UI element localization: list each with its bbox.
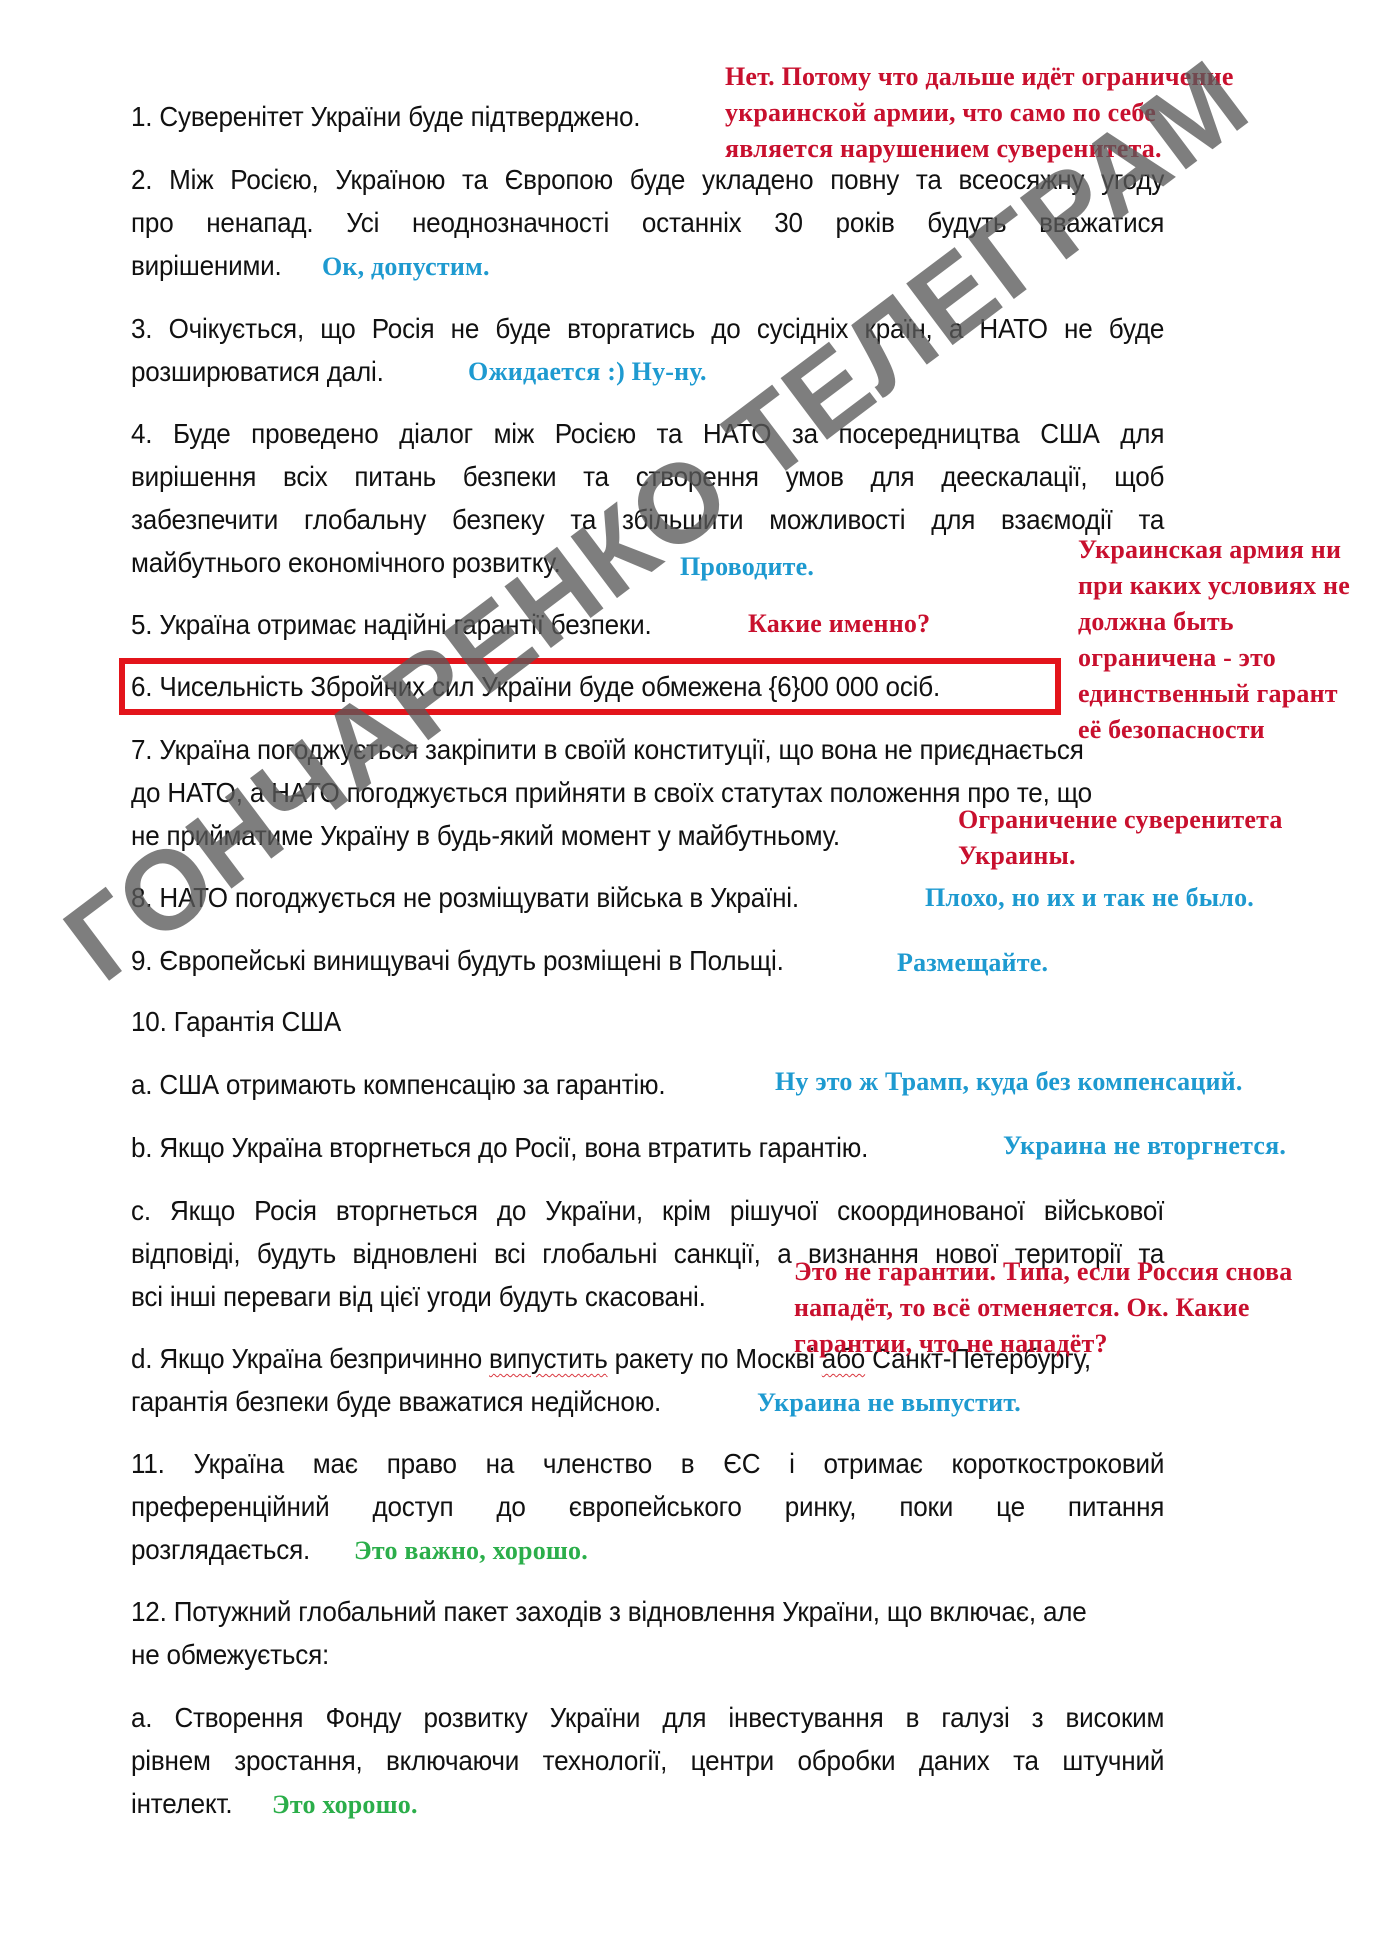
item-4-line-3: забезпечити глобальну безпеку та збільши… (131, 504, 1164, 536)
annotation-11: Это важно, хорошо. (354, 1536, 588, 1566)
annotation-4: Проводите. (680, 552, 814, 582)
item-11-line-1: 11. Україна має право на членство в ЄС і… (131, 1448, 1164, 1480)
annotation-7-line-1: Ограничение суверенитета (958, 805, 1283, 835)
item-4-line-2: вирішення всіх питань безпеки та створен… (131, 461, 1164, 493)
item-2-line-1: 2. Між Росією, Україною та Європою буде … (131, 164, 1164, 196)
annotation-6-line-4: ограничена - это (1078, 643, 1276, 673)
annotation-6-line-3: должна быть (1078, 607, 1234, 637)
item-4-line-1: 4. Буде проведено діалог між Росією та Н… (131, 418, 1164, 450)
item-11-line-2: преференційний доступ до європейського р… (131, 1491, 1164, 1523)
annotation-10d: Украина не выпустит. (757, 1388, 1021, 1418)
annotation-5: Какие именно? (748, 609, 930, 639)
spellcheck-word: випустить (489, 1343, 608, 1374)
item-10d-text: d. Якщо Україна безпричинно (131, 1343, 489, 1374)
annotation-10c-line-1: Это не гарантии. Типа, если Россия снова (794, 1257, 1292, 1287)
annotation-10b: Украина не вторгнется. (1003, 1131, 1286, 1161)
item-12a-line-2: рівнем зростання, включаючи технології, … (131, 1745, 1164, 1777)
item-6-line-1: 6. Чисельність Збройних сил України буде… (131, 671, 1164, 703)
annotation-9: Размещайте. (897, 948, 1048, 978)
item-10c-line-1: c. Якщо Росія вторгнеться до України, кр… (131, 1195, 1164, 1227)
annotation-6-line-6: её безопасности (1078, 715, 1265, 745)
item-10d-text: ракету по Москві (608, 1343, 822, 1374)
annotation-7-line-2: Украины. (958, 841, 1076, 871)
item-10-line-1: 10. Гарантія США (131, 1006, 1164, 1038)
annotation-6-line-1: Украинская армия ни (1078, 535, 1341, 565)
item-3-line-1: 3. Очікується, що Росія не буде вторгати… (131, 313, 1164, 345)
item-12-line-1: 12. Потужний глобальний пакет заходів з … (131, 1596, 1164, 1628)
annotation-1-line-3: является нарушением суверенитета. (725, 134, 1162, 164)
item-11-line-3: розглядається. (131, 1534, 1164, 1566)
item-2-line-2: про ненапад. Усі неоднозначності останні… (131, 207, 1164, 239)
item-7-line-1: 7. Україна погоджується закріпити в свої… (131, 734, 1164, 766)
annotation-10a: Ну это ж Трамп, куда без компенсаций. (775, 1067, 1243, 1097)
annotation-3: Ожидается :) Ну-ну. (468, 357, 707, 387)
item-2-line-3: вирішеними. (131, 250, 1164, 282)
annotation-10c-line-3: гарантии, что не нападёт? (794, 1329, 1108, 1359)
document-page: 1. Суверенітет України буде підтверджено… (0, 0, 1400, 1937)
annotation-6-line-5: единственный гарант (1078, 679, 1338, 709)
item-4-line-4: майбутнього економічного розвитку. (131, 547, 1164, 579)
annotation-12a: Это хорошо. (272, 1790, 418, 1820)
annotation-6-line-2: при каких условиях не (1078, 571, 1350, 601)
item-5-line-1: 5. Україна отримає надійні гарантії безп… (131, 609, 1164, 641)
annotation-10c-line-2: нападёт, то всё отменяется. Ок. Какие (794, 1293, 1250, 1323)
annotation-1-line-1: Нет. Потому что дальше идёт ограничение (725, 62, 1234, 92)
annotation-2: Ок, допустим. (322, 252, 490, 282)
item-12a-line-1: a. Створення Фонду розвитку України для … (131, 1702, 1164, 1734)
annotation-1-line-2: украинской армии, что само по себе (725, 98, 1156, 128)
item-12-line-2: не обмежується: (131, 1639, 1164, 1671)
annotation-8: Плохо, но их и так не было. (925, 883, 1254, 913)
